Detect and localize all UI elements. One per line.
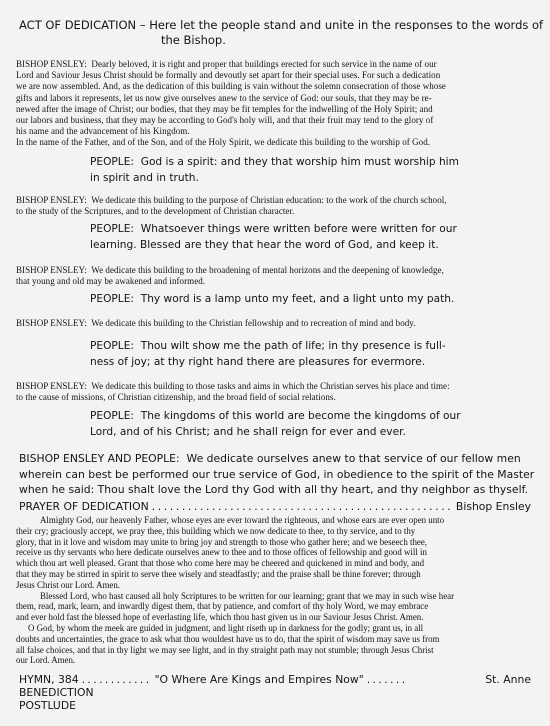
people-line: Whatsoever things were written before we… xyxy=(141,223,457,235)
people-line: God is a spirit: and they that worship h… xyxy=(141,156,459,168)
people-response-4: PEOPLE: Thou wilt show me the path of li… xyxy=(90,339,530,370)
response-line: to the cause of missions, of Christian c… xyxy=(16,392,536,403)
prayer-line: Jesus Christ our Lord. Amen. xyxy=(16,580,538,591)
prayer-line: Almighty God, our heavenly Father, whose… xyxy=(16,515,538,526)
prayer-body: Almighty God, our heavenly Father, whose… xyxy=(16,515,538,666)
joint-line: We dedicate ourselves anew to that servi… xyxy=(187,452,521,465)
people-label: PEOPLE: xyxy=(90,223,134,235)
response-line: gifts and labors it represents, let us n… xyxy=(16,93,536,104)
prayer-line: that they may be stirred in spirit to se… xyxy=(16,569,538,580)
speaker-label: BISHOP ENSLEY: xyxy=(16,195,87,205)
title-separator: – xyxy=(140,18,146,32)
hymn-number: HYMN, 384 xyxy=(19,673,79,686)
joint-line: when he said: Thou shalt love the Lord t… xyxy=(19,482,534,498)
prayer-line: glory, that in it love and wisdom may un… xyxy=(16,537,538,548)
prayer-line: all false choices, and that in thy light… xyxy=(16,645,538,656)
joint-line: wherein can best be performed our true s… xyxy=(19,467,534,483)
title-line-1: ACT OF DEDICATION – Here let the people … xyxy=(19,18,529,33)
section-heading: ACT OF DEDICATION xyxy=(19,18,136,32)
people-line: learning. Blessed are they that hear the… xyxy=(90,238,530,254)
prayer-title: PRAYER OF DEDICATION xyxy=(19,500,149,514)
hymn-line: HYMN, 384 ............ "O Where Are King… xyxy=(19,673,531,686)
response-line: Lord and Saviour Jesus Christ should be … xyxy=(16,70,536,81)
speaker-label: BISHOP ENSLEY AND PEOPLE: xyxy=(19,452,180,465)
people-label: PEOPLE: xyxy=(90,293,134,305)
response-line: In the name of the Father, and of the So… xyxy=(16,137,536,148)
people-label: PEOPLE: xyxy=(90,340,134,352)
response-line: Dearly beloved, it is right and proper t… xyxy=(91,59,436,69)
response-line: our labors and business, that they may b… xyxy=(16,115,536,126)
hymn-title: "O Where Are Kings and Empires Now" xyxy=(155,673,364,686)
prayer-line: and ever hold fast the blessed hope of e… xyxy=(16,612,538,623)
prayer-line: their cry; graciously accept, we pray th… xyxy=(16,526,538,537)
people-label: PEOPLE: xyxy=(90,156,134,168)
response-line: to the study of the Scriptures, and to t… xyxy=(16,206,536,217)
response-line: that young and old may be awakened and i… xyxy=(16,276,536,287)
response-line: we are now assembled. And, as the dedica… xyxy=(16,81,536,92)
hymn-tune: St. Anne xyxy=(485,673,531,686)
dot-leader: ....... xyxy=(367,673,483,686)
title-instruction-cont: the Bishop. xyxy=(19,33,529,48)
people-line: Lord, and of his Christ; and he shall re… xyxy=(90,425,530,441)
people-line: in spirit and in truth. xyxy=(90,171,530,187)
people-line: Thy word is a lamp unto my feet, and a l… xyxy=(141,293,455,305)
joint-response: BISHOP ENSLEY AND PEOPLE: We dedicate ou… xyxy=(19,451,534,498)
prayer-heading: PRAYER OF DEDICATION ...................… xyxy=(19,500,531,514)
people-line: ness of joy; at thy right hand there are… xyxy=(90,355,530,371)
response-line: newed after the image of Christ; our bod… xyxy=(16,104,536,115)
speaker-label: BISHOP ENSLEY: xyxy=(16,265,87,275)
people-line: The kingdoms of this world are become th… xyxy=(141,410,461,422)
prayer-officiant: Bishop Ensley xyxy=(456,500,531,514)
people-response-3: PEOPLE: Thy word is a lamp unto my feet,… xyxy=(90,292,530,308)
people-response-1: PEOPLE: God is a spirit: and they that w… xyxy=(90,155,530,186)
response-line: his name and the advancement of his King… xyxy=(16,126,536,137)
response-line: We dedicate this building to the broaden… xyxy=(91,265,444,275)
people-label: PEOPLE: xyxy=(90,410,134,422)
bishop-response-3: BISHOP ENSLEY: We dedicate this building… xyxy=(16,265,536,287)
prayer-line: them, read, mark, learn, and inwardly di… xyxy=(16,601,538,612)
speaker-label: BISHOP ENSLEY: xyxy=(16,59,87,69)
bishop-response-5: BISHOP ENSLEY: We dedicate this building… xyxy=(16,381,536,403)
prayer-line: Blessed Lord, who hast caused all holy S… xyxy=(16,591,538,602)
response-line: We dedicate this building to the Christi… xyxy=(91,318,415,328)
prayer-line: which thou art well pleased. Grant that … xyxy=(16,558,538,569)
people-line: Thou wilt show me the path of life; in t… xyxy=(141,340,446,352)
dot-leader: ........................................… xyxy=(152,500,453,514)
bishop-response-4: BISHOP ENSLEY: We dedicate this building… xyxy=(16,318,536,329)
prayer-line: receive us thy servants who here dedicat… xyxy=(16,547,538,558)
benediction-item: BENEDICTION xyxy=(19,686,531,699)
prayer-line: our Lord. Amen. xyxy=(16,655,538,666)
title-instruction: Here let the people stand and unite in t… xyxy=(149,18,543,32)
dedication-page: ACT OF DEDICATION – Here let the people … xyxy=(0,0,550,726)
response-line: We dedicate this building to those tasks… xyxy=(91,381,449,391)
bishop-response-2: BISHOP ENSLEY: We dedicate this building… xyxy=(16,195,536,217)
people-response-5: PEOPLE: The kingdoms of this world are b… xyxy=(90,409,530,440)
bishop-response-1: BISHOP ENSLEY: Dearly beloved, it is rig… xyxy=(16,59,536,149)
prayer-line: O God, by whom the meek are guided in ju… xyxy=(16,623,538,634)
speaker-label: BISHOP ENSLEY: xyxy=(16,381,87,391)
dot-leader: ............ xyxy=(82,673,152,686)
speaker-label: BISHOP ENSLEY: xyxy=(16,318,87,328)
response-line: We dedicate this building to the purpose… xyxy=(91,195,446,205)
people-response-2: PEOPLE: Whatsoever things were written b… xyxy=(90,222,530,253)
prayer-line: doubts and uncertainties, the grace to a… xyxy=(16,634,538,645)
service-order: HYMN, 384 ............ "O Where Are King… xyxy=(19,673,531,712)
act-of-dedication-title: ACT OF DEDICATION – Here let the people … xyxy=(19,18,529,48)
postlude-item: POSTLUDE xyxy=(19,699,531,712)
